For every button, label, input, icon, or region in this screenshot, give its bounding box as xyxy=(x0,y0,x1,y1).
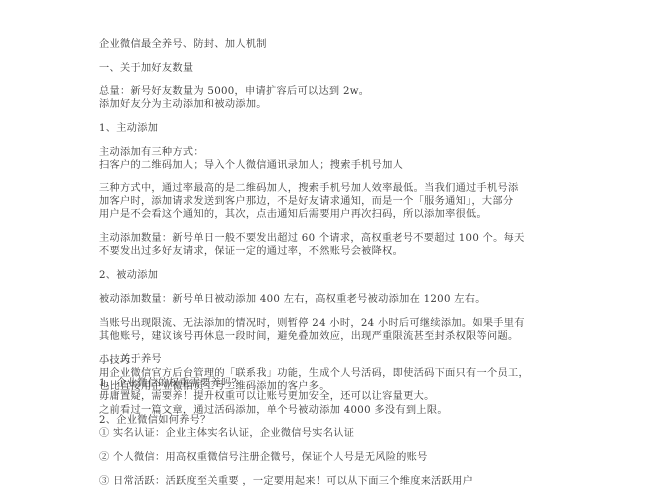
list-item: ① 实名认证：企业主体实名认证，企业微信号实名认证 xyxy=(99,427,354,440)
paragraph-line: 主动添加有三种方式： xyxy=(99,146,204,159)
paragraph-line: 三种方式中，通过率最高的是二维码加人，搜索手机号加人效率最低。当我们通过手机号添 xyxy=(99,182,519,195)
section-heading-2: 二、关于养号 xyxy=(99,353,162,366)
paragraph-line: 毋庸置疑，需要养！提升权重可以让账号更加安全，还可以让容量更大。 xyxy=(99,390,435,403)
list-item: ② 个人微信：用高权重微信号注册企微号，保证个人号是无风险的账号 xyxy=(99,451,428,464)
paragraph-line: 主动添加数量：新号单日一般不要发出超过 60 个请求，高权重老号不要超过 100… xyxy=(99,232,525,245)
paragraph-line: 不要发出过多好友请求，保证一定的通过率，不然账号会被降权。 xyxy=(99,245,403,258)
subheading-question: 1、企业微信的权重需要养吗？ xyxy=(99,377,242,390)
paragraph-line: 加客户时，添加请求发送到客户那边，不是好友请求通知，而是一个「服务通知」，大部分 xyxy=(99,195,513,208)
document-title: 企业微信最全养号、防封、加人机制 xyxy=(99,38,267,51)
subheading-passive-add: 2、被动添加 xyxy=(99,269,158,282)
paragraph-line: 扫客户的二维码加人；导入个人微信通讯录加人；搜索手机号加人 xyxy=(99,159,403,172)
paragraph-line: 当账号出现限流、无法添加的情况时，则暂停 24 小时，24 小时后可继续添加。如… xyxy=(99,317,525,330)
list-item: ③ 日常活跃：活跃度至关重要 ，一定要用起来！可以从下面三个维度来活跃用户 xyxy=(99,475,473,488)
paragraph-line: 添加好友分为主动添加和被动添加。 xyxy=(99,98,267,111)
paragraph-line: 被动添加数量：新号单日被动添加 400 左右，高权重老号被动添加在 1200 左… xyxy=(99,293,486,306)
section-heading-1: 一、关于加好友数量 xyxy=(99,62,193,75)
paragraph-line: 总量：新号好友数量为 5000，申请扩容后可以达到 2w。 xyxy=(99,85,369,98)
paragraph-line: 其他账号，建议该号再休息一段时间，避免叠加效应，出现严重限流甚至封杀权限等问题。 xyxy=(99,330,519,343)
paragraph-line: 用户是不会看这个通知的，其次，点击通知后需要用户再次扫码，所以添加率很低。 xyxy=(99,208,487,221)
subheading-active-add: 1、主动添加 xyxy=(99,122,158,135)
subheading-how: 2、企业微信如何养号？ xyxy=(99,414,211,427)
